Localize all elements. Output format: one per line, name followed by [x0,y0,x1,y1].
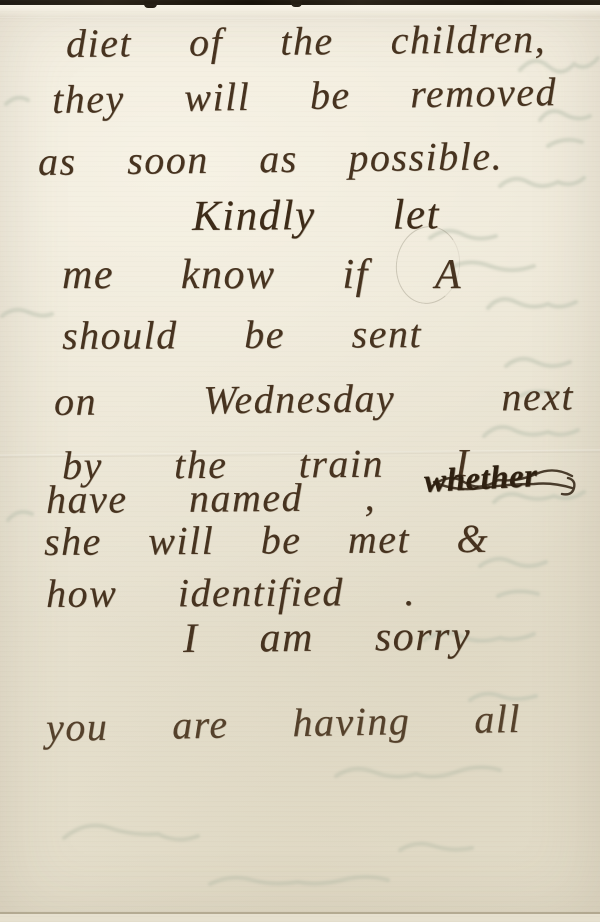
handwriting-line-2: they will be removed [52,70,558,122]
handwriting-line-5: me know if A [62,252,462,298]
handwriting-line-7: on Wednesday next [54,375,574,424]
overwritten-word-whether: whether [423,456,575,501]
handwriting-line-1: diet of the children, [66,17,546,66]
scan-bottom-edge [0,914,600,922]
scan-edge-notch [144,0,157,8]
handwriting-line-6: should be sent [62,312,422,358]
handwriting-line-9: have named , [46,475,376,522]
handwriting-line-12: I am sorry [183,613,471,662]
scan-edge-notch [291,0,302,7]
handwriting-line-13: you are having all [46,697,522,750]
paper-top-highlight [0,5,600,16]
handwriting-line-11: how identified . [46,570,416,616]
handwriting-line-4: Kindly let [192,191,440,240]
handwriting-line-10: she will be met & [44,517,489,564]
handwriting-line-3: as soon as possible. [38,134,504,184]
letter-page: diet of the children, they will be remov… [0,0,600,922]
